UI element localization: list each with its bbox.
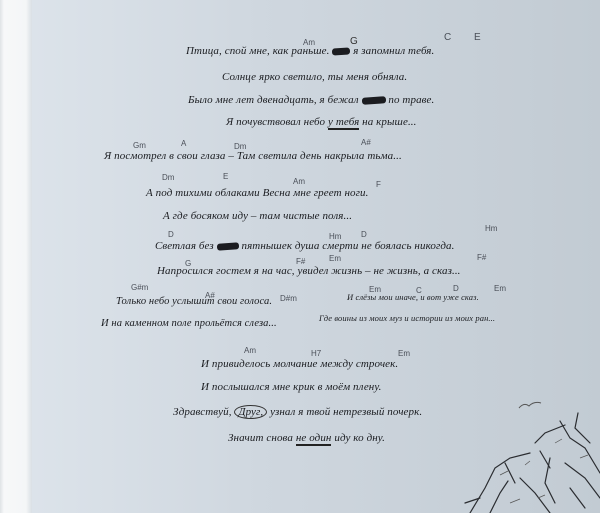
lyric-line: Напросился гостем я на час, увидел жизнь…: [157, 265, 461, 277]
chord: E: [474, 32, 481, 43]
lyric-line: И на каменном поле прольётся слеза...: [101, 318, 277, 329]
lyric-text: Было мне лет двенадцать, я бежал: [188, 94, 359, 106]
lyric-text: по траве.: [388, 94, 434, 106]
chord: A: [181, 139, 186, 148]
chord: E: [223, 172, 228, 181]
chord: D: [361, 230, 367, 239]
chord: D#m: [280, 294, 297, 303]
lyric-text: Птица, спой мне, как раньше.: [186, 45, 329, 57]
chord: Gm: [133, 141, 146, 150]
lyric-line: Я почувствовал небо у тебя на крыше...: [226, 116, 417, 128]
page-left-margin: [0, 0, 32, 513]
chord: F: [376, 180, 381, 189]
chord: Em: [494, 284, 506, 293]
lyric-line: Здравствуй, Друг, узнал я твой нетрезвый…: [173, 405, 422, 419]
lyric-text: Значит снова: [228, 432, 293, 444]
underlined-text: не один: [296, 432, 332, 446]
lyric-text: Я почувствовал небо: [226, 116, 325, 128]
lyric-line: И слёзы мои иначе, и вот уже сказ.: [347, 292, 479, 302]
chord: A#: [361, 138, 371, 147]
lyric-text: иду ко дну.: [334, 432, 385, 444]
chord: C: [444, 32, 451, 43]
circled-word: Друг,: [234, 405, 267, 419]
lyric-line: Было мне лет двенадцать, я бежал по трав…: [188, 94, 434, 106]
chord: Dm: [162, 173, 174, 182]
lyric-line: Солнце ярко светило, ты меня обняла.: [222, 71, 407, 83]
underlined-text: у тебя: [328, 116, 359, 130]
crossed-out-word: [216, 242, 238, 251]
lyric-text: я запомнил тебя.: [353, 45, 434, 57]
chord: Em: [398, 349, 410, 358]
lyric-text: пятнышек душа смерти не боялась никогда.: [241, 240, 454, 252]
lyric-text: Здравствуй,: [173, 406, 232, 418]
lyric-line: Значит снова не один иду ко дну.: [228, 432, 385, 444]
lyric-line: Птица, спой мне, как раньше. я запомнил …: [186, 45, 434, 57]
chord: Am: [293, 177, 305, 186]
lyric-line: Светлая без пятнышек душа смерти не боял…: [155, 240, 455, 252]
chord: F#: [477, 253, 486, 262]
lyric-line: И послышался мне крик в моём плену.: [201, 381, 382, 393]
chord: H7: [311, 349, 321, 358]
branches-sketch-icon: [450, 403, 600, 513]
lyric-line: Я посмотрел в свои глаза – Там светила д…: [104, 150, 402, 162]
crossed-out-word: [361, 96, 385, 105]
lyric-line: А под тихими облаками Весна мне греет но…: [146, 187, 368, 199]
lyric-line: А где босяком иду – там чистые поля...: [163, 210, 352, 222]
crossed-out-word: [332, 47, 350, 55]
chord: Em: [329, 254, 341, 263]
chord: Hm: [485, 224, 497, 233]
chord: G#m: [131, 283, 148, 292]
chord: Am: [244, 346, 256, 355]
lyric-text: Светлая без: [155, 240, 214, 252]
lyric-line: Только небо услышит свои голоса.: [116, 296, 272, 307]
lyric-text: на крыше...: [362, 116, 416, 128]
chord: D: [168, 230, 174, 239]
lyric-line: Где воины из моих муз и истории из моих …: [319, 313, 495, 323]
lyric-line: И привиделось молчание между строчек.: [201, 358, 398, 370]
lyric-text: узнал я твой нетрезвый почерк.: [270, 406, 422, 418]
